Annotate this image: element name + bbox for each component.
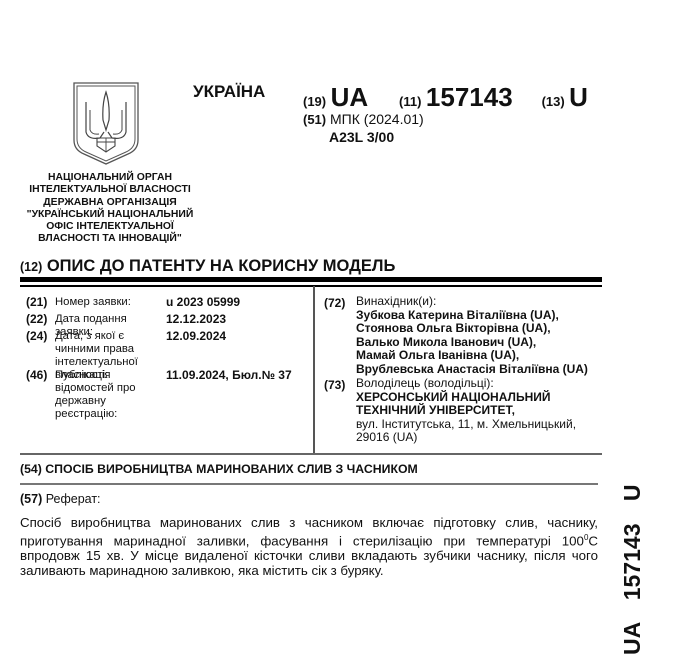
ipc-class: A23L 3/00 (329, 129, 394, 145)
inventors-block: Винахідник(и): Зубкова Катерина Віталіїв… (356, 295, 588, 377)
office-line: ОФІС ІНТЕЛЕКТУАЛЬНОЇ (12, 221, 208, 233)
inid-code: (46) (26, 369, 47, 382)
abstract-text-part: Спосіб виробництва маринованих слив з ча… (20, 515, 598, 548)
owner-block: Володілець (володільці): ХЕРСОНСЬКИЙ НАЦ… (356, 377, 576, 445)
inid-73: (73) (324, 378, 345, 392)
inid-code: (21) (26, 296, 47, 309)
inid-54: (54) (20, 462, 42, 476)
kind-code: U (569, 82, 588, 112)
ipc-label: МПК (2024.01) (330, 111, 424, 127)
bib-row-rights-effective-date: (24) Дата, з якої є чинними права інтеле… (26, 330, 311, 370)
patent-office-name: НАЦІОНАЛЬНИЙ ОРГАН ІНТЕЛЕКТУАЛЬНОЇ ВЛАСН… (12, 172, 208, 246)
bib-value: 11.09.2024, Бюл.№ 37 (166, 369, 292, 382)
office-line: ДЕРЖАВНА ОРГАНІЗАЦІЯ (12, 197, 208, 209)
abstract-text: Спосіб виробництва маринованих слив з ча… (20, 515, 598, 578)
divider (20, 483, 598, 485)
divider-thin (20, 285, 602, 287)
inid-19: (19) (303, 94, 326, 109)
bib-value: 12.12.2023 (166, 313, 226, 326)
inid-11: (11) (399, 94, 421, 109)
office-line: ІНТЕЛЕКТУАЛЬНОЇ ВЛАСНОСТІ (12, 184, 208, 196)
owner-address-line: 29016 (UA) (356, 431, 576, 445)
bib-row-publication: (46) Публікація відомостей про державну … (26, 369, 311, 409)
invention-title-text: СПОСІБ ВИРОБНИЦТВА МАРИНОВАНИХ СЛИВ З ЧА… (45, 462, 417, 476)
inid-72: (72) (324, 296, 345, 310)
document-type-title: (12) ОПИС ДО ПАТЕНТУ НА КОРИСНУ МОДЕЛЬ (20, 257, 395, 276)
inventor-name: Мамай Ольга Іванівна (UA), (356, 349, 588, 363)
inventor-name: Зубкова Катерина Віталіївна (UA), (356, 309, 588, 323)
tryzub-coat-of-arms-icon (70, 80, 142, 166)
publication-identifier: (19) UA (11) 157143 (13) U (303, 82, 588, 113)
ipc-line: (51) МПК (2024.01) (303, 111, 424, 127)
inid-13: (13) (542, 94, 565, 109)
owner-name-line: ТЕХНІЧНИЙ УНІВЕРСИТЕТ, (356, 404, 576, 418)
inventor-name: Валько Микола Іванович (UA), (356, 336, 588, 350)
abstract-label-text: Реферат: (46, 492, 101, 506)
country-code: UA (331, 82, 369, 112)
bib-label: Номер заявки: (55, 296, 165, 309)
inid-51: (51) (303, 112, 326, 127)
inventor-name: Врублевська Анастасія Віталіївна (UA) (356, 363, 588, 377)
divider-thick (20, 277, 602, 282)
inid-code: (22) (26, 313, 47, 326)
abstract-label: (57) Реферат: (20, 492, 101, 506)
bib-row-application-number: (21) Номер заявки: u 2023 05999 (26, 296, 311, 310)
inid-12: (12) (20, 260, 42, 274)
office-line: ВЛАСНОСТІ ТА ІННОВАЦІЙ" (12, 233, 208, 245)
invention-title: (54) СПОСІБ ВИРОБНИЦТВА МАРИНОВАНИХ СЛИВ… (20, 462, 418, 476)
document-type-text: ОПИС ДО ПАТЕНТУ НА КОРИСНУ МОДЕЛЬ (47, 257, 396, 275)
office-line: НАЦІОНАЛЬНИЙ ОРГАН (12, 172, 208, 184)
inventors-label: Винахідник(и): (356, 295, 588, 309)
column-divider (313, 286, 315, 454)
bib-value: 12.09.2024 (166, 330, 226, 343)
divider (20, 453, 602, 455)
office-line: "УКРАЇНСЬКИЙ НАЦІОНАЛЬНИЙ (12, 209, 208, 221)
owner-label: Володілець (володільці): (356, 377, 576, 391)
patent-number: 157143 (426, 82, 513, 112)
inid-code: (24) (26, 330, 47, 343)
bib-value: u 2023 05999 (166, 296, 240, 309)
bib-row-filing-date: (22) Дата подання заявки: 12.12.2023 (26, 313, 311, 327)
country-name: УКРАЇНА (193, 82, 265, 102)
inid-57: (57) (20, 492, 42, 506)
side-patent-identifier: UA 157143 U (619, 484, 646, 655)
inventor-name: Стоянова Ольга Вікторівна (UA), (356, 322, 588, 336)
bib-label: Публікація відомостей про державну реєст… (55, 369, 165, 421)
owner-address-line: вул. Інститутська, 11, м. Хмельницький, (356, 418, 576, 432)
